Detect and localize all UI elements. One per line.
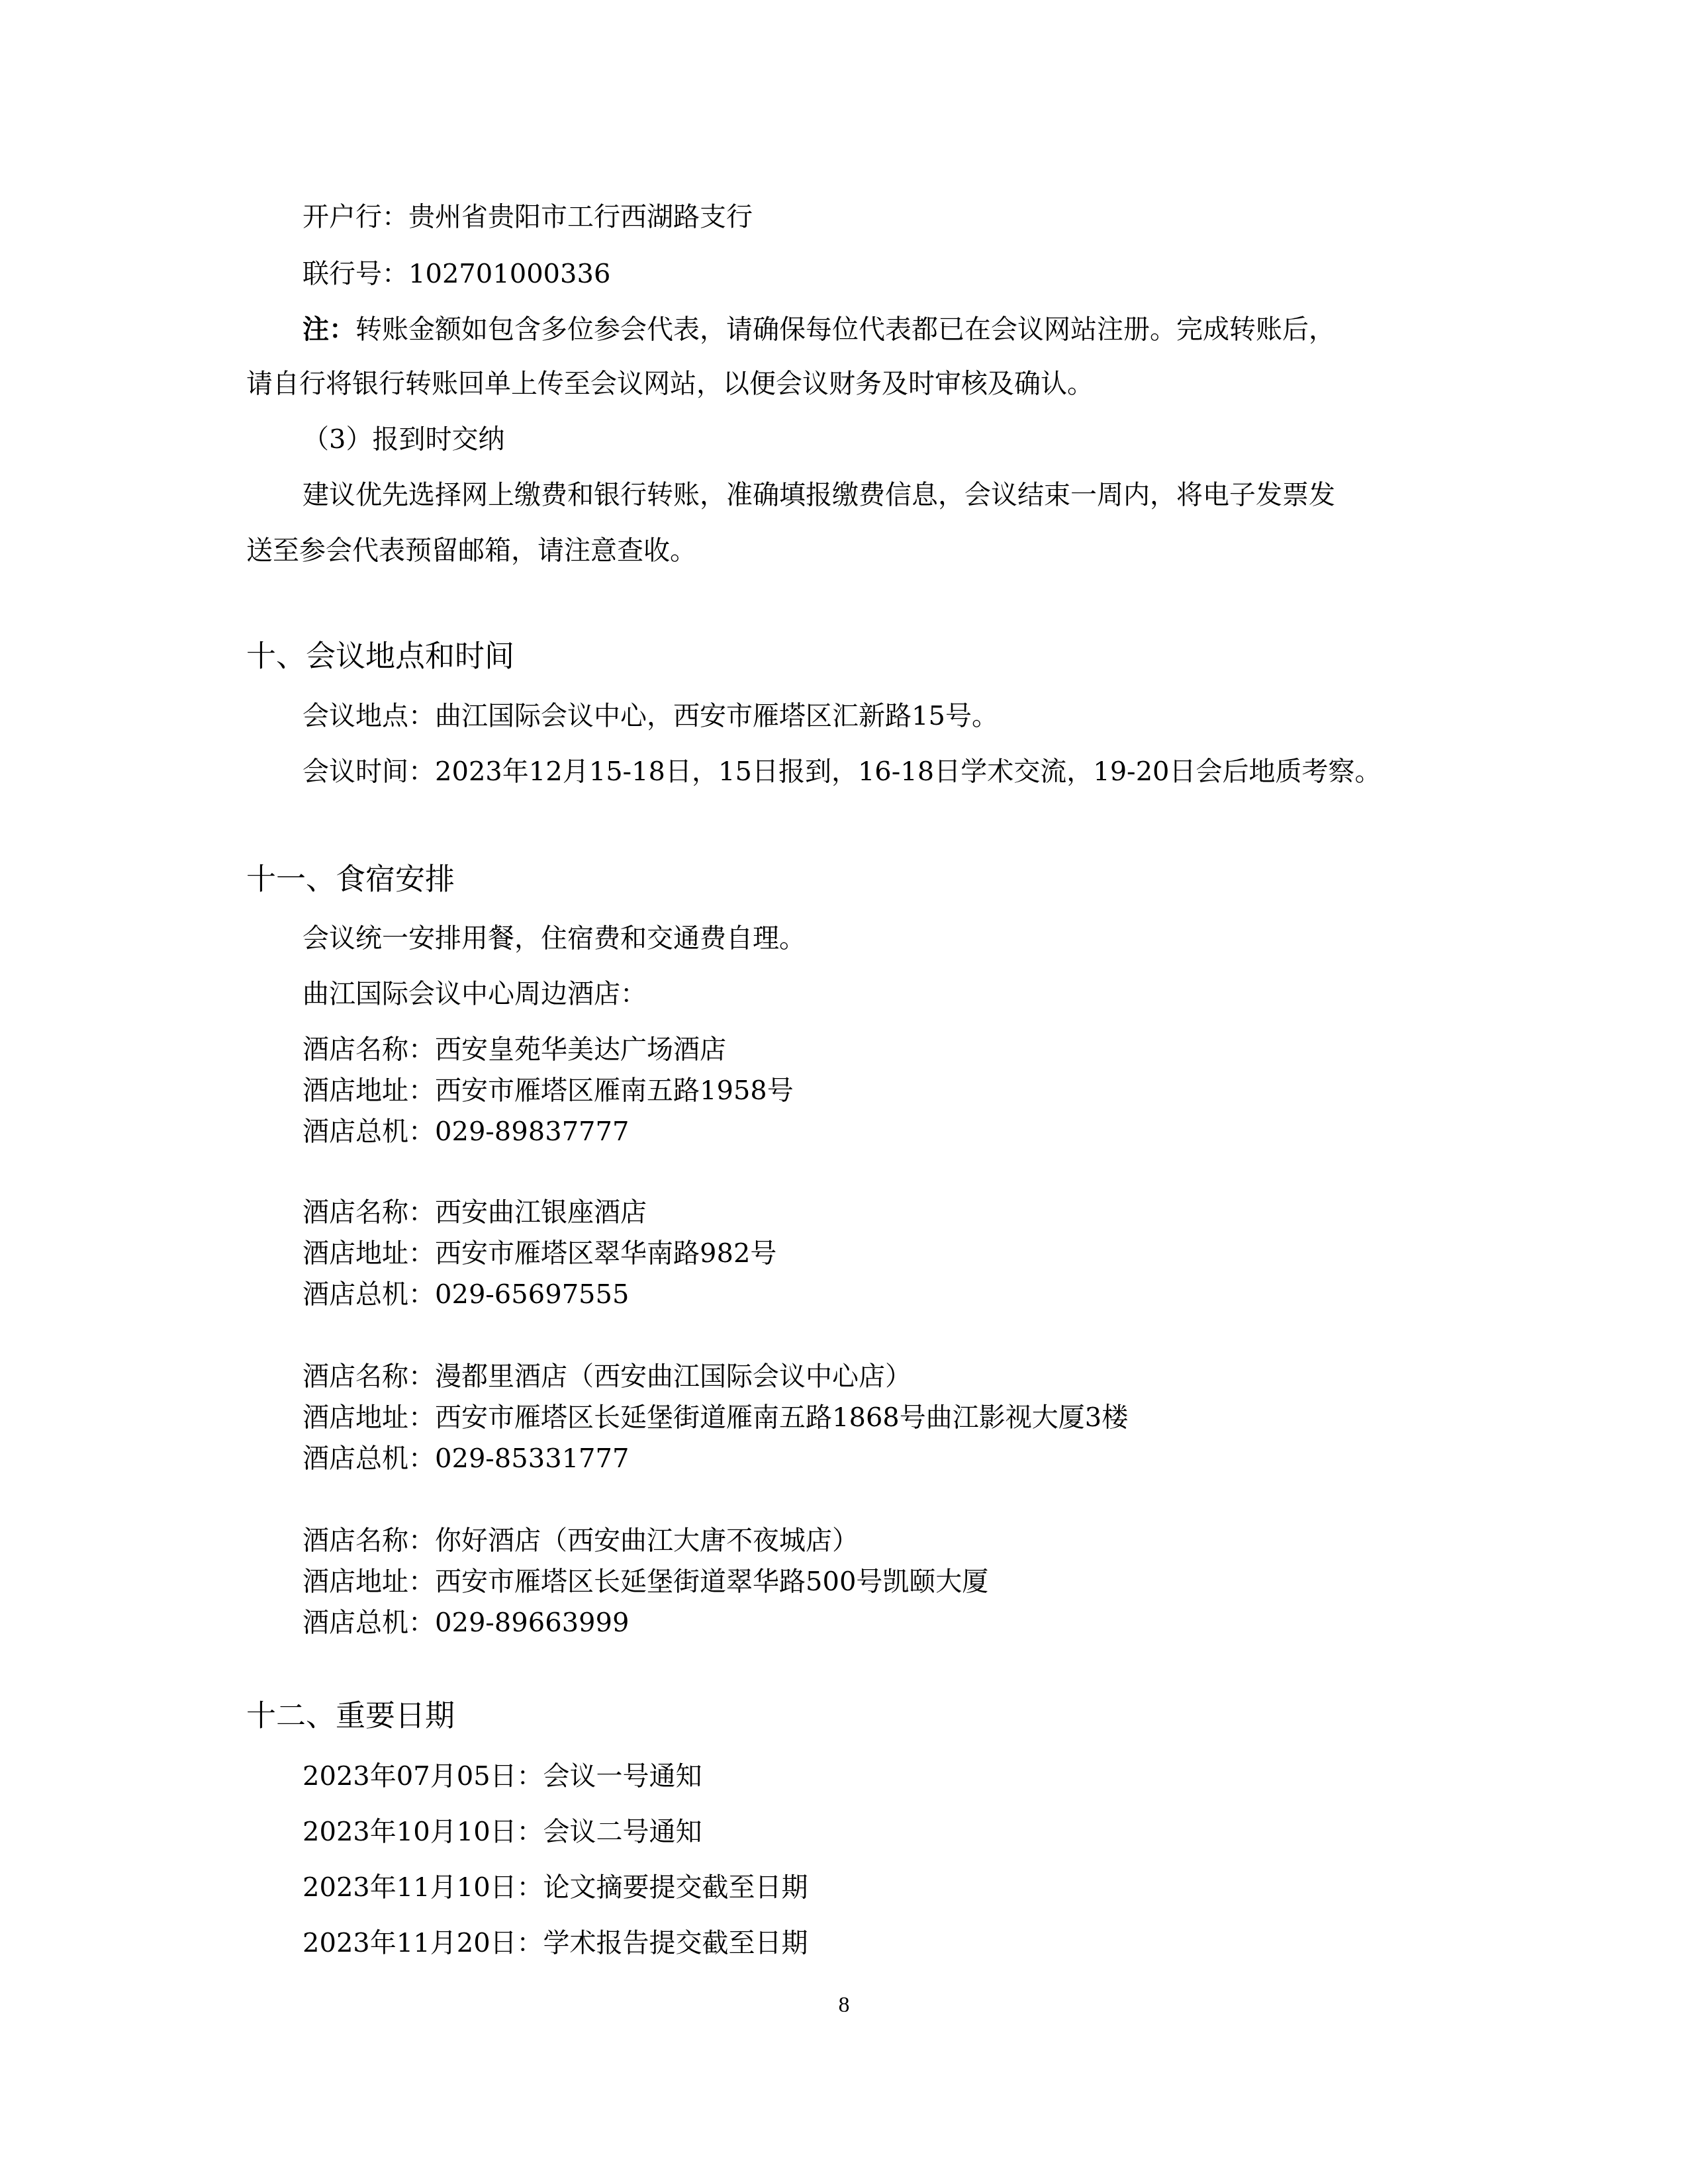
section-10-heading: 十、会议地点和时间 bbox=[246, 639, 514, 674]
important-date-item: 2023年10月10日：会议二号通知 bbox=[303, 1816, 702, 1848]
time-line: 会议时间：2023年12月15-18日，15日报到，16-18日学术交流，19-… bbox=[303, 756, 1382, 788]
hotel-name: 酒店名称：西安曲江银座酒店 bbox=[303, 1197, 647, 1228]
bank-code-line: 联行号：102701000336 bbox=[303, 258, 610, 290]
section-12-heading: 十二、重要日期 bbox=[246, 1698, 455, 1734]
nearby-hotels-intro: 曲江国际会议中心周边酒店： bbox=[303, 978, 647, 1010]
transfer-note-line2: 请自行将银行转账回单上传至会议网站，以便会议财务及时审核及确认。 bbox=[246, 368, 1094, 400]
hotel-name: 酒店名称：西安皇苑华美达广场酒店 bbox=[303, 1034, 726, 1066]
hotel-phone: 酒店总机：029-89837777 bbox=[303, 1116, 629, 1148]
hotel-name: 酒店名称：漫都里酒店（西安曲江国际会议中心店） bbox=[303, 1361, 912, 1392]
venue-line: 会议地点：曲江国际会议中心，西安市雁塔区汇新路15号。 bbox=[303, 700, 998, 732]
onsite-payment-text-2: 送至参会代表预留邮箱，请注意查收。 bbox=[246, 535, 696, 567]
note-text-1: 转账金额如包含多位参会代表，请确保每位代表都已在会议网站注册。完成转账后， bbox=[355, 314, 1335, 345]
transfer-note-line1: 注：转账金额如包含多位参会代表，请确保每位代表都已在会议网站注册。完成转账后， bbox=[303, 314, 1335, 345]
hotel-address: 酒店地址：西安市雁塔区长延堡街道雁南五路1868号曲江影视大厦3楼 bbox=[303, 1402, 1128, 1433]
bank-value: 贵州省贵阳市工行西湖路支行 bbox=[408, 202, 753, 232]
important-date-item: 2023年11月10日：论文摘要提交截至日期 bbox=[303, 1872, 808, 1903]
document-page: 开户行：贵州省贵阳市工行西湖路支行 联行号：102701000336 注：转账金… bbox=[0, 0, 1688, 2184]
hotel-address: 酒店地址：西安市雁塔区翠华南路982号 bbox=[303, 1238, 776, 1269]
page-number: 8 bbox=[0, 1992, 1688, 2019]
hotel-name: 酒店名称：你好酒店（西安曲江大唐不夜城店） bbox=[303, 1525, 859, 1557]
bank-name-line: 开户行：贵州省贵阳市工行西湖路支行 bbox=[303, 201, 753, 233]
onsite-payment-title: （3）报到时交纳 bbox=[303, 424, 504, 455]
bank-label: 开户行： bbox=[303, 202, 408, 232]
note-label: 注： bbox=[303, 314, 355, 345]
bank-code-label: 联行号： bbox=[303, 259, 408, 289]
important-date-item: 2023年11月20日：学术报告提交截至日期 bbox=[303, 1927, 808, 1959]
bank-code-value: 102701000336 bbox=[408, 259, 610, 289]
hotel-phone: 酒店总机：029-65697555 bbox=[303, 1279, 629, 1310]
section-11-heading: 十一、食宿安排 bbox=[246, 862, 455, 897]
important-date-item: 2023年07月05日：会议一号通知 bbox=[303, 1760, 702, 1792]
meals-lodging-intro: 会议统一安排用餐，住宿费和交通费自理。 bbox=[303, 923, 806, 954]
hotel-address: 酒店地址：西安市雁塔区雁南五路1958号 bbox=[303, 1075, 794, 1107]
hotel-phone: 酒店总机：029-85331777 bbox=[303, 1443, 629, 1475]
onsite-payment-text-1: 建议优先选择网上缴费和银行转账，准确填报缴费信息，会议结束一周内，将电子发票发 bbox=[303, 479, 1335, 511]
hotel-phone: 酒店总机：029-89663999 bbox=[303, 1607, 629, 1639]
hotel-address: 酒店地址：西安市雁塔区长延堡街道翠华路500号凯颐大厦 bbox=[303, 1566, 988, 1598]
